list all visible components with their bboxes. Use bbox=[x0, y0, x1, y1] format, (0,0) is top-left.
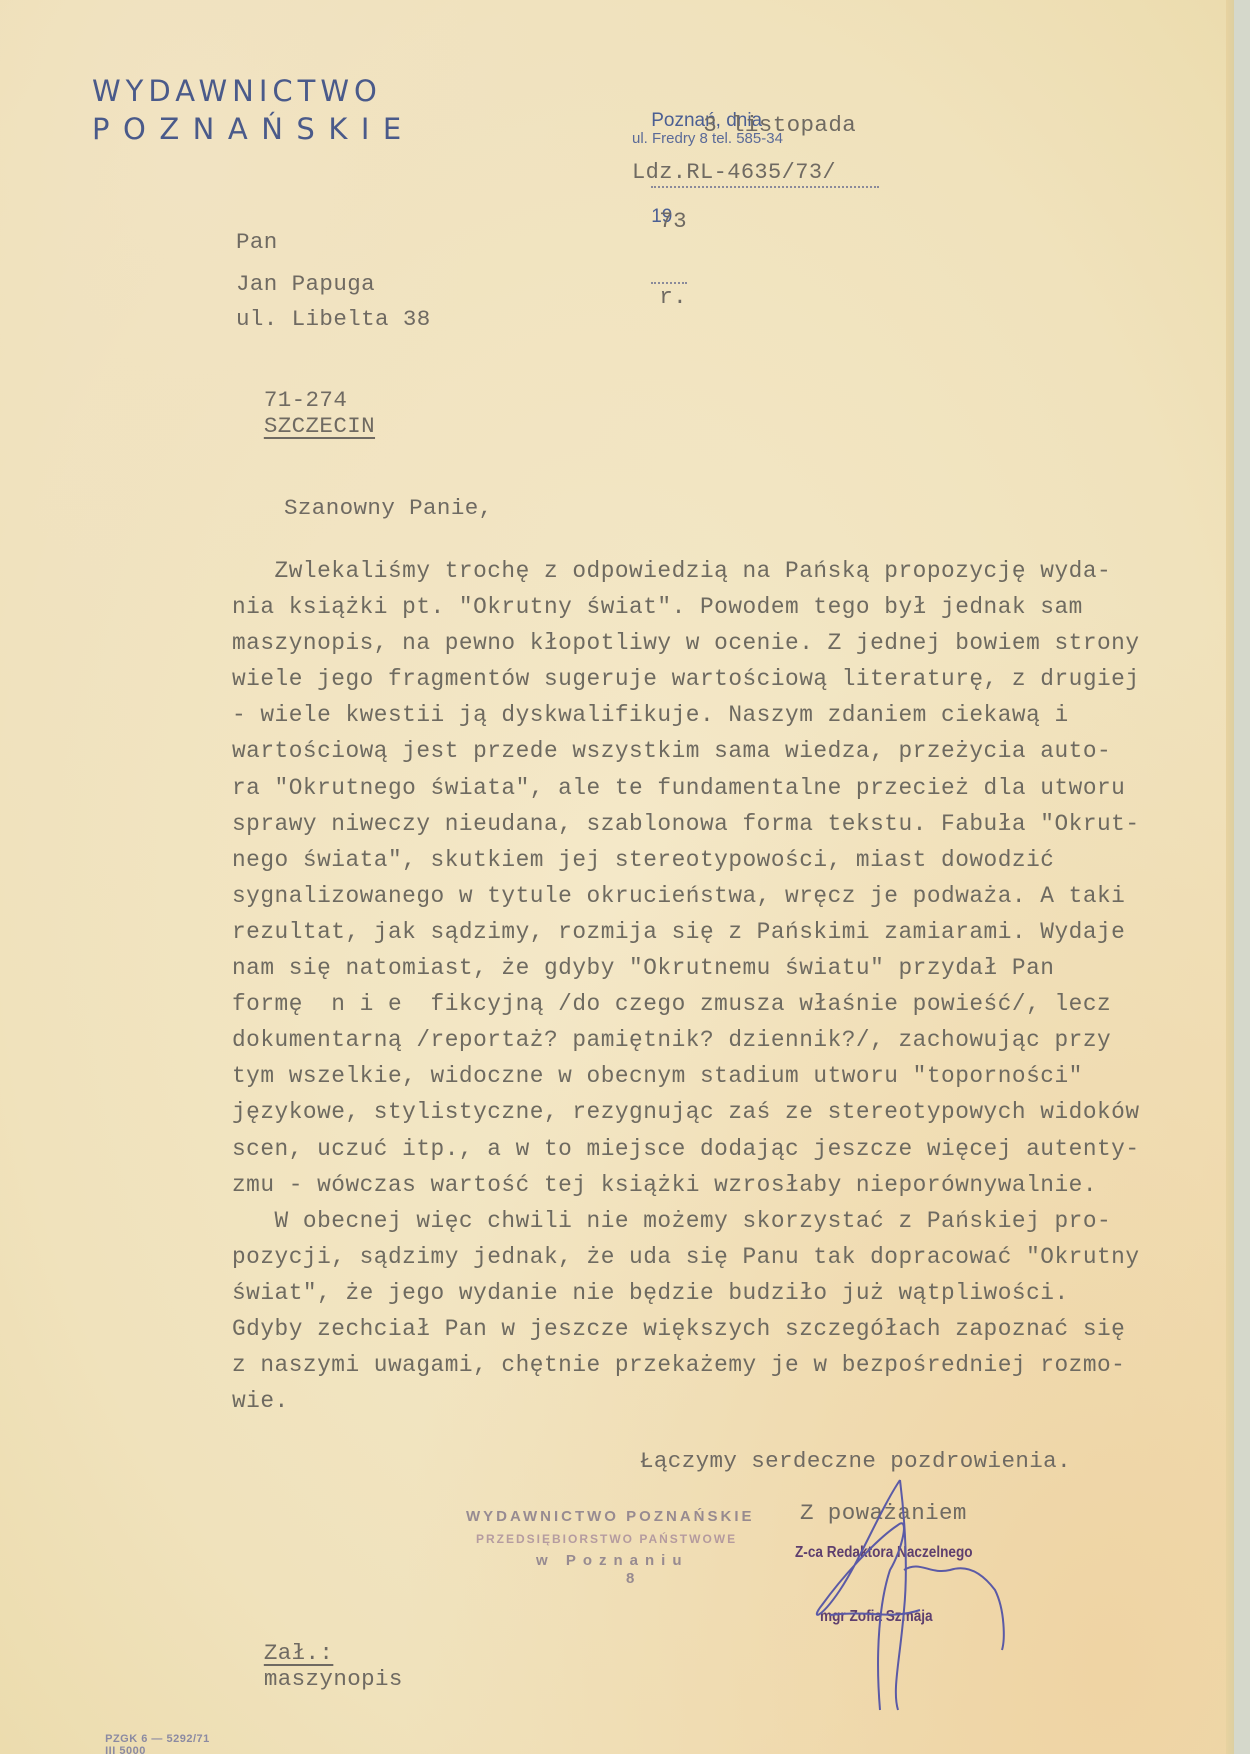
body-line: nia książki pt. "Okrutny świat". Powodem… bbox=[232, 589, 1222, 625]
stamp-line4: 8 bbox=[626, 1570, 637, 1587]
recipient-city: SZCZECIN bbox=[264, 413, 375, 439]
body-line: pozycji, sądzimy jednak, że uda się Panu… bbox=[232, 1239, 1222, 1275]
enclosure-value: maszynopis bbox=[264, 1666, 403, 1692]
scan-backdrop bbox=[1234, 0, 1250, 1754]
body-line: wie. bbox=[232, 1383, 1222, 1419]
paper-edge bbox=[1226, 0, 1234, 1754]
enclosure-label: Zał.: bbox=[264, 1640, 334, 1666]
enclosure-line: Zał.: maszynopis bbox=[236, 1614, 403, 1692]
recipient-street: ul. Libelta 38 bbox=[236, 306, 431, 332]
body-line: językowe, stylistyczne, rezygnując zaś z… bbox=[232, 1094, 1222, 1130]
body-line: z naszymi uwagami, chętnie przekażemy je… bbox=[232, 1347, 1222, 1383]
body-line: sygnalizowanego w tytule okrucieństwa, w… bbox=[232, 878, 1222, 914]
recipient-name: Jan Papuga bbox=[236, 271, 375, 297]
date-line: Poznań, dnia 3 listopada 19 73 r. bbox=[632, 92, 879, 310]
body-line: Gdyby zechciał Pan w jeszcze większych s… bbox=[232, 1311, 1222, 1347]
body-line: formę n i e fikcyjną /do czego zmusza wł… bbox=[232, 986, 1222, 1022]
print-code-main: PZGK 6 — 5292/71 bbox=[105, 1733, 210, 1745]
year-suffix: r. bbox=[659, 284, 687, 310]
body-line: scen, uczuć itp., a w to miejsce dodając… bbox=[232, 1131, 1222, 1167]
body-line: W obecnej więc chwili nie możemy skorzys… bbox=[232, 1203, 1222, 1239]
body-line: ra "Okrutnego świata", ale te fundamenta… bbox=[232, 770, 1222, 806]
body-line: wartościową jest przede wszystkim sama w… bbox=[232, 733, 1222, 769]
reference-number: Ldz.RL-4635/73/ bbox=[632, 160, 836, 185]
body-line: sprawy niweczy nieudana, szablonowa form… bbox=[232, 806, 1222, 842]
body-line: maszynopis, na pewno kłopotliwy w ocenie… bbox=[232, 625, 1222, 661]
publisher-name-line2: POZNAŃSKIE bbox=[92, 112, 415, 146]
signature-icon bbox=[780, 1470, 1040, 1720]
body-line: dokumentarną /reportaż? pamiętnik? dzien… bbox=[232, 1022, 1222, 1058]
stamp-line3: w Poznaniu bbox=[536, 1552, 689, 1569]
print-code-suffix: III 5000 bbox=[105, 1745, 146, 1754]
greeting: Szanowny Panie, bbox=[284, 495, 493, 521]
recipient-city-line: 71-274 SZCZECIN bbox=[236, 361, 375, 439]
publisher-address: ul. Fredry 8 tel. 585-34 bbox=[632, 130, 783, 147]
body-line: świat", że jego wydanie nie będzie budzi… bbox=[232, 1275, 1222, 1311]
body-line: zmu - wówczas wartość tej książki wzrosł… bbox=[232, 1167, 1222, 1203]
body-line: nego świata", skutkiem jej stereotypowoś… bbox=[232, 842, 1222, 878]
body-line: - wiele kwestii ją dyskwalifikuje. Naszy… bbox=[232, 697, 1222, 733]
recipient-title: Pan bbox=[236, 229, 278, 255]
stamp-line1: WYDAWNICTWO POZNAŃSKIE bbox=[466, 1508, 755, 1525]
body-line: tym wszelkie, widoczne w obecnym stadium… bbox=[232, 1058, 1222, 1094]
year-typed: 73 bbox=[659, 208, 687, 234]
publisher-name-line1: WYDAWNICTWO bbox=[92, 74, 382, 108]
body-line: Zwlekaliśmy trochę z odpowiedzią na Pańs… bbox=[232, 553, 1222, 589]
recipient-postal-code: 71-274 bbox=[264, 387, 347, 413]
body-line: wiele jego fragmentów sugeruje wartościo… bbox=[232, 661, 1222, 697]
body-line: rezultat, jak sądzimy, rozmija się z Pań… bbox=[232, 914, 1222, 950]
letter-body: Zwlekaliśmy trochę z odpowiedzią na Pańs… bbox=[232, 553, 1222, 1419]
year-field: 73 bbox=[651, 228, 687, 284]
stamp-line2: PRZEDSIĘBIORSTWO PAŃSTWOWE bbox=[476, 1532, 737, 1546]
print-code: PZGK 6 — 5292/71 III 5000 bbox=[98, 1721, 210, 1754]
body-line: nam się natomiast, że gdyby "Okrutnemu ś… bbox=[232, 950, 1222, 986]
